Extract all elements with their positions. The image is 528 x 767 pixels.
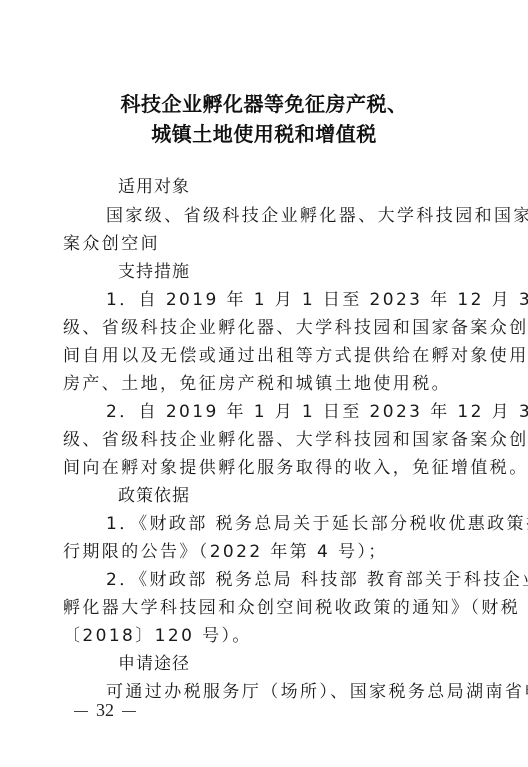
paragraph-line: 间向在孵对象提供孵化服务取得的收入，免征增值税。 (63, 453, 465, 478)
paragraph-line: 级、省级科技企业孵化器、大学科技园和国家备案众创空 (63, 313, 465, 338)
paragraph-line: 间自用以及无偿或通过出租等方式提供给在孵对象使用的 (63, 341, 465, 366)
footer-dash-left (74, 711, 88, 712)
paragraph-line: 房产、土地，免征房产税和城镇土地使用税。 (63, 369, 465, 394)
page-number: 32 (96, 700, 114, 720)
paragraph-line: 2．自 2019 年 1 月 1 日至 2023 年 12 月 31 日，对国家 (106, 397, 508, 422)
section-heading-apply: 申请途径 (118, 649, 520, 674)
section-heading-measures: 支持措施 (118, 257, 520, 282)
document-title-line-2: 城镇土地使用税和增值税 (0, 118, 528, 147)
footer-dash-right (122, 711, 136, 712)
section-heading-applicable: 适用对象 (118, 172, 520, 197)
paragraph-line: 1．《财政部 税务总局关于延长部分税收优惠政策执 (106, 509, 508, 534)
paragraph-line: 2．《财政部 税务总局 科技部 教育部关于科技企业 (106, 565, 508, 590)
document-title-line-1: 科技企业孵化器等免征房产税、 (0, 88, 528, 117)
paragraph-line: 国家级、省级科技企业孵化器、大学科技园和国家备 (106, 201, 508, 226)
paragraph-line: 案众创空间 (63, 229, 465, 254)
document-page: 科技企业孵化器等免征房产税、 城镇土地使用税和增值税 适用对象 国家级、省级科技… (0, 0, 528, 767)
page-footer: 32 (66, 700, 144, 721)
paragraph-line: 可通过办税服务厅（场所）、国家税务总局湖南省电 (106, 677, 508, 702)
paragraph-line: 〔2018〕120 号）。 (63, 621, 465, 646)
paragraph-line: 孵化器大学科技园和众创空间税收政策的通知》（财税 (63, 593, 465, 618)
paragraph-line: 行期限的公告》（2022 年第 4 号）； (63, 537, 465, 562)
paragraph-line: 级、省级科技企业孵化器、大学科技园和国家备案众创空 (63, 425, 465, 450)
paragraph-line: 1．自 2019 年 1 月 1 日至 2023 年 12 月 31 日，对国家 (106, 285, 508, 310)
section-heading-basis: 政策依据 (118, 481, 520, 506)
